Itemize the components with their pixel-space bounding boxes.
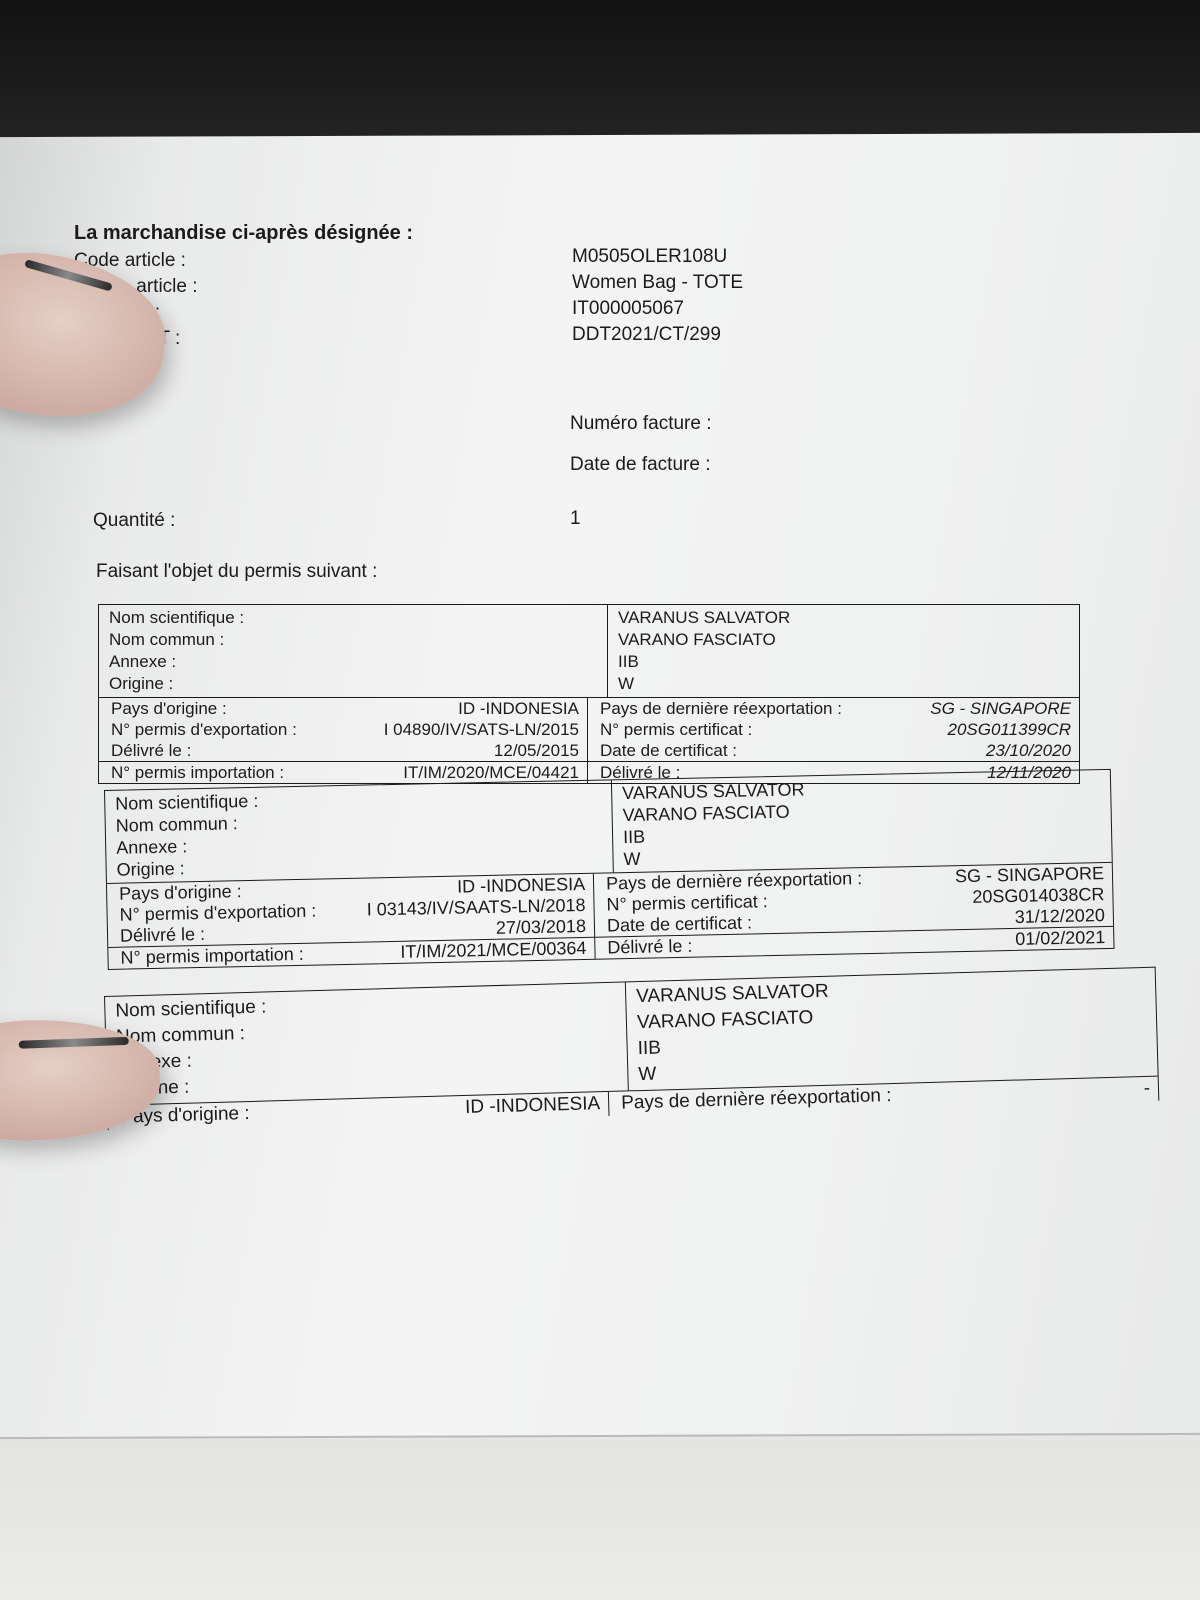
common-name-label: Nom commun : [109, 629, 597, 651]
import-permit-value: IT/IM/2021/MCE/00364 [400, 938, 586, 963]
import-permit-label: N° permis importation : [120, 944, 304, 969]
quantity-label: Quantité : [93, 510, 175, 532]
delivered-value: 01/02/2021 [1015, 927, 1106, 950]
permit-intro: Faisant l'objet du permis suivant : [96, 561, 377, 583]
reexport-country-row: Pays de dernière réexportation :SG - SIN… [588, 698, 1079, 719]
article-code-value: M0505OLER108U [572, 246, 727, 268]
delivered-label: Délivré le : [607, 936, 692, 959]
nail-bottom [19, 1037, 129, 1049]
surface-below-paper [0, 1440, 1200, 1600]
country-of-origin-value: ID -INDONESIA [457, 874, 585, 898]
export-permit-label: N° permis d'exportation : [119, 901, 316, 926]
certificate-date-label: Date de certificat : [607, 912, 752, 936]
origin-value: W [618, 673, 1069, 695]
certificate-number-value: 20SG014038CR [972, 884, 1105, 908]
import-permit-label: N° permis importation : [111, 762, 284, 783]
certificate-number-value: 20SG011399CR [948, 719, 1072, 740]
export-issued-label: Délivré le : [111, 740, 191, 761]
country-of-origin-value: ID -INDONESIA [465, 1092, 601, 1120]
export-permit-value: I 04890/IV/SATS-LN/2015 [384, 719, 579, 740]
certificate-date-value: 23/10/2020 [986, 740, 1071, 761]
import-permit-row: N° permis importation :IT/IM/2020/MCE/04… [99, 761, 587, 783]
invoice-date-label: Date de facture : [570, 454, 710, 476]
export-issued-value: 12/05/2015 [494, 740, 579, 761]
certificate-date-label: Date de certificat : [600, 740, 737, 761]
certificate-number-row: N° permis certificat :20SG011399CR [588, 719, 1079, 740]
export-issued-label: Délivré le : [120, 924, 205, 947]
country-of-origin-label: Pays d'origine : [111, 698, 227, 719]
quantity-value: 1 [570, 508, 581, 530]
permit-table-1: Nom scientifique : Nom commun : Annexe :… [98, 604, 1080, 784]
country-of-origin-value: ID -INDONESIA [458, 698, 579, 719]
certificate-number-label: N° permis certificat : [600, 719, 752, 740]
annex-value: IIB [618, 651, 1069, 673]
reexport-country-value: SG - SINGAPORE [930, 698, 1071, 719]
export-issued-value: 27/03/2018 [496, 916, 587, 939]
export-permit-row: N° permis d'exportation :I 04890/IV/SATS… [99, 719, 587, 740]
dark-desk-background [0, 0, 1200, 140]
document-heading: La marchandise ci-après désignée : [74, 222, 413, 245]
permit-table-2: Nom scientifique : Nom commun : Annexe :… [104, 769, 1115, 970]
export-permit-label: N° permis d'exportation : [111, 719, 297, 740]
certificate-date-value: 31/12/2020 [1015, 905, 1106, 928]
scientific-name-label: Nom scientifique : [109, 607, 597, 629]
invoice-number-label: Numéro facture : [570, 413, 712, 435]
scientific-name-value: VARANUS SALVATOR [618, 607, 1069, 629]
country-of-origin-row: Pays d'origine :ID -INDONESIA [99, 698, 587, 719]
ddt-value: DDT2021/CT/299 [572, 324, 721, 346]
common-name-value: VARANO FASCIATO [618, 629, 1069, 651]
export-issued-row: Délivré le :12/05/2015 [99, 740, 587, 761]
article-reference-value: IT000005067 [572, 298, 684, 320]
reexport-country-value: - [1143, 1077, 1150, 1101]
country-of-origin-label: Pays d'origine : [119, 881, 242, 905]
certificate-date-row: Date de certificat :23/10/2020 [588, 740, 1079, 761]
origin-label: Origine : [109, 673, 597, 695]
reexport-country-label: Pays de dernière réexportation : [600, 698, 842, 719]
article-description-value: Women Bag - TOTE [572, 272, 743, 294]
annex-label: Annexe : [109, 651, 597, 673]
